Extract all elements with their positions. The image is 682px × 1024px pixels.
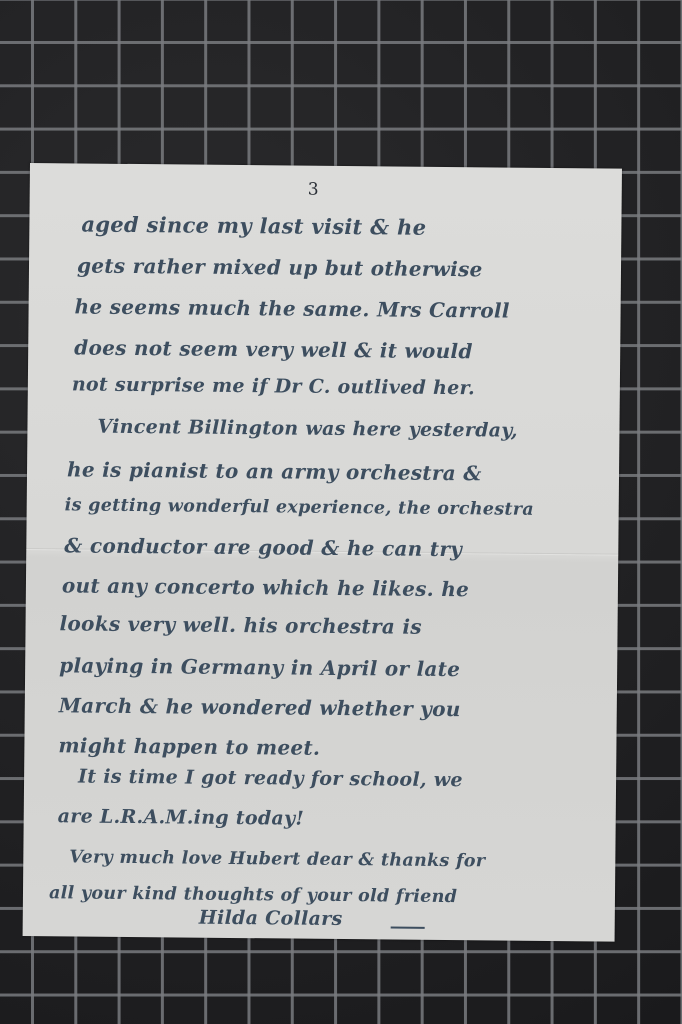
letter-line: It is time I got ready for school, we [78,767,463,790]
letter-line: is getting wonderful experience, the orc… [65,497,534,519]
letter-line: Very much love Hubert dear & thanks for [69,849,485,870]
page-number: 3 [308,180,319,200]
letter-line: does not seem very well & it would [74,337,473,361]
letter-line: playing in Germany in April or late [59,655,460,679]
letter-line: & conductor are good & he can try [64,535,462,559]
letter-line: aged since my last visit & he [81,213,426,237]
letter-line: are L.R.A.M.ing today! [58,807,305,828]
letter-line: he is pianist to an army orchestra & [67,459,482,483]
letter-line: looks very well. his orchestra is [59,613,421,636]
letter-line: not surprise me if Dr C. outlived her. [72,375,475,398]
letter-line: he seems much the same. Mrs Carroll [75,296,510,320]
letter-page: 3 aged since my last visit & he gets rat… [23,163,622,942]
signature-flourish [391,926,425,928]
letter-line: March & he wondered whether you [59,695,461,719]
letter-line: Vincent Billington was here yesterday, [97,418,518,441]
letter-line: gets rather mixed up but otherwise [77,255,483,279]
signature: Hilda Collars [199,909,343,931]
letter-line: out any concerto which he likes. he [62,575,469,599]
letter-line: might happen to meet. [58,735,320,758]
letter-line: all your kind thoughts of your old frien… [49,885,457,906]
